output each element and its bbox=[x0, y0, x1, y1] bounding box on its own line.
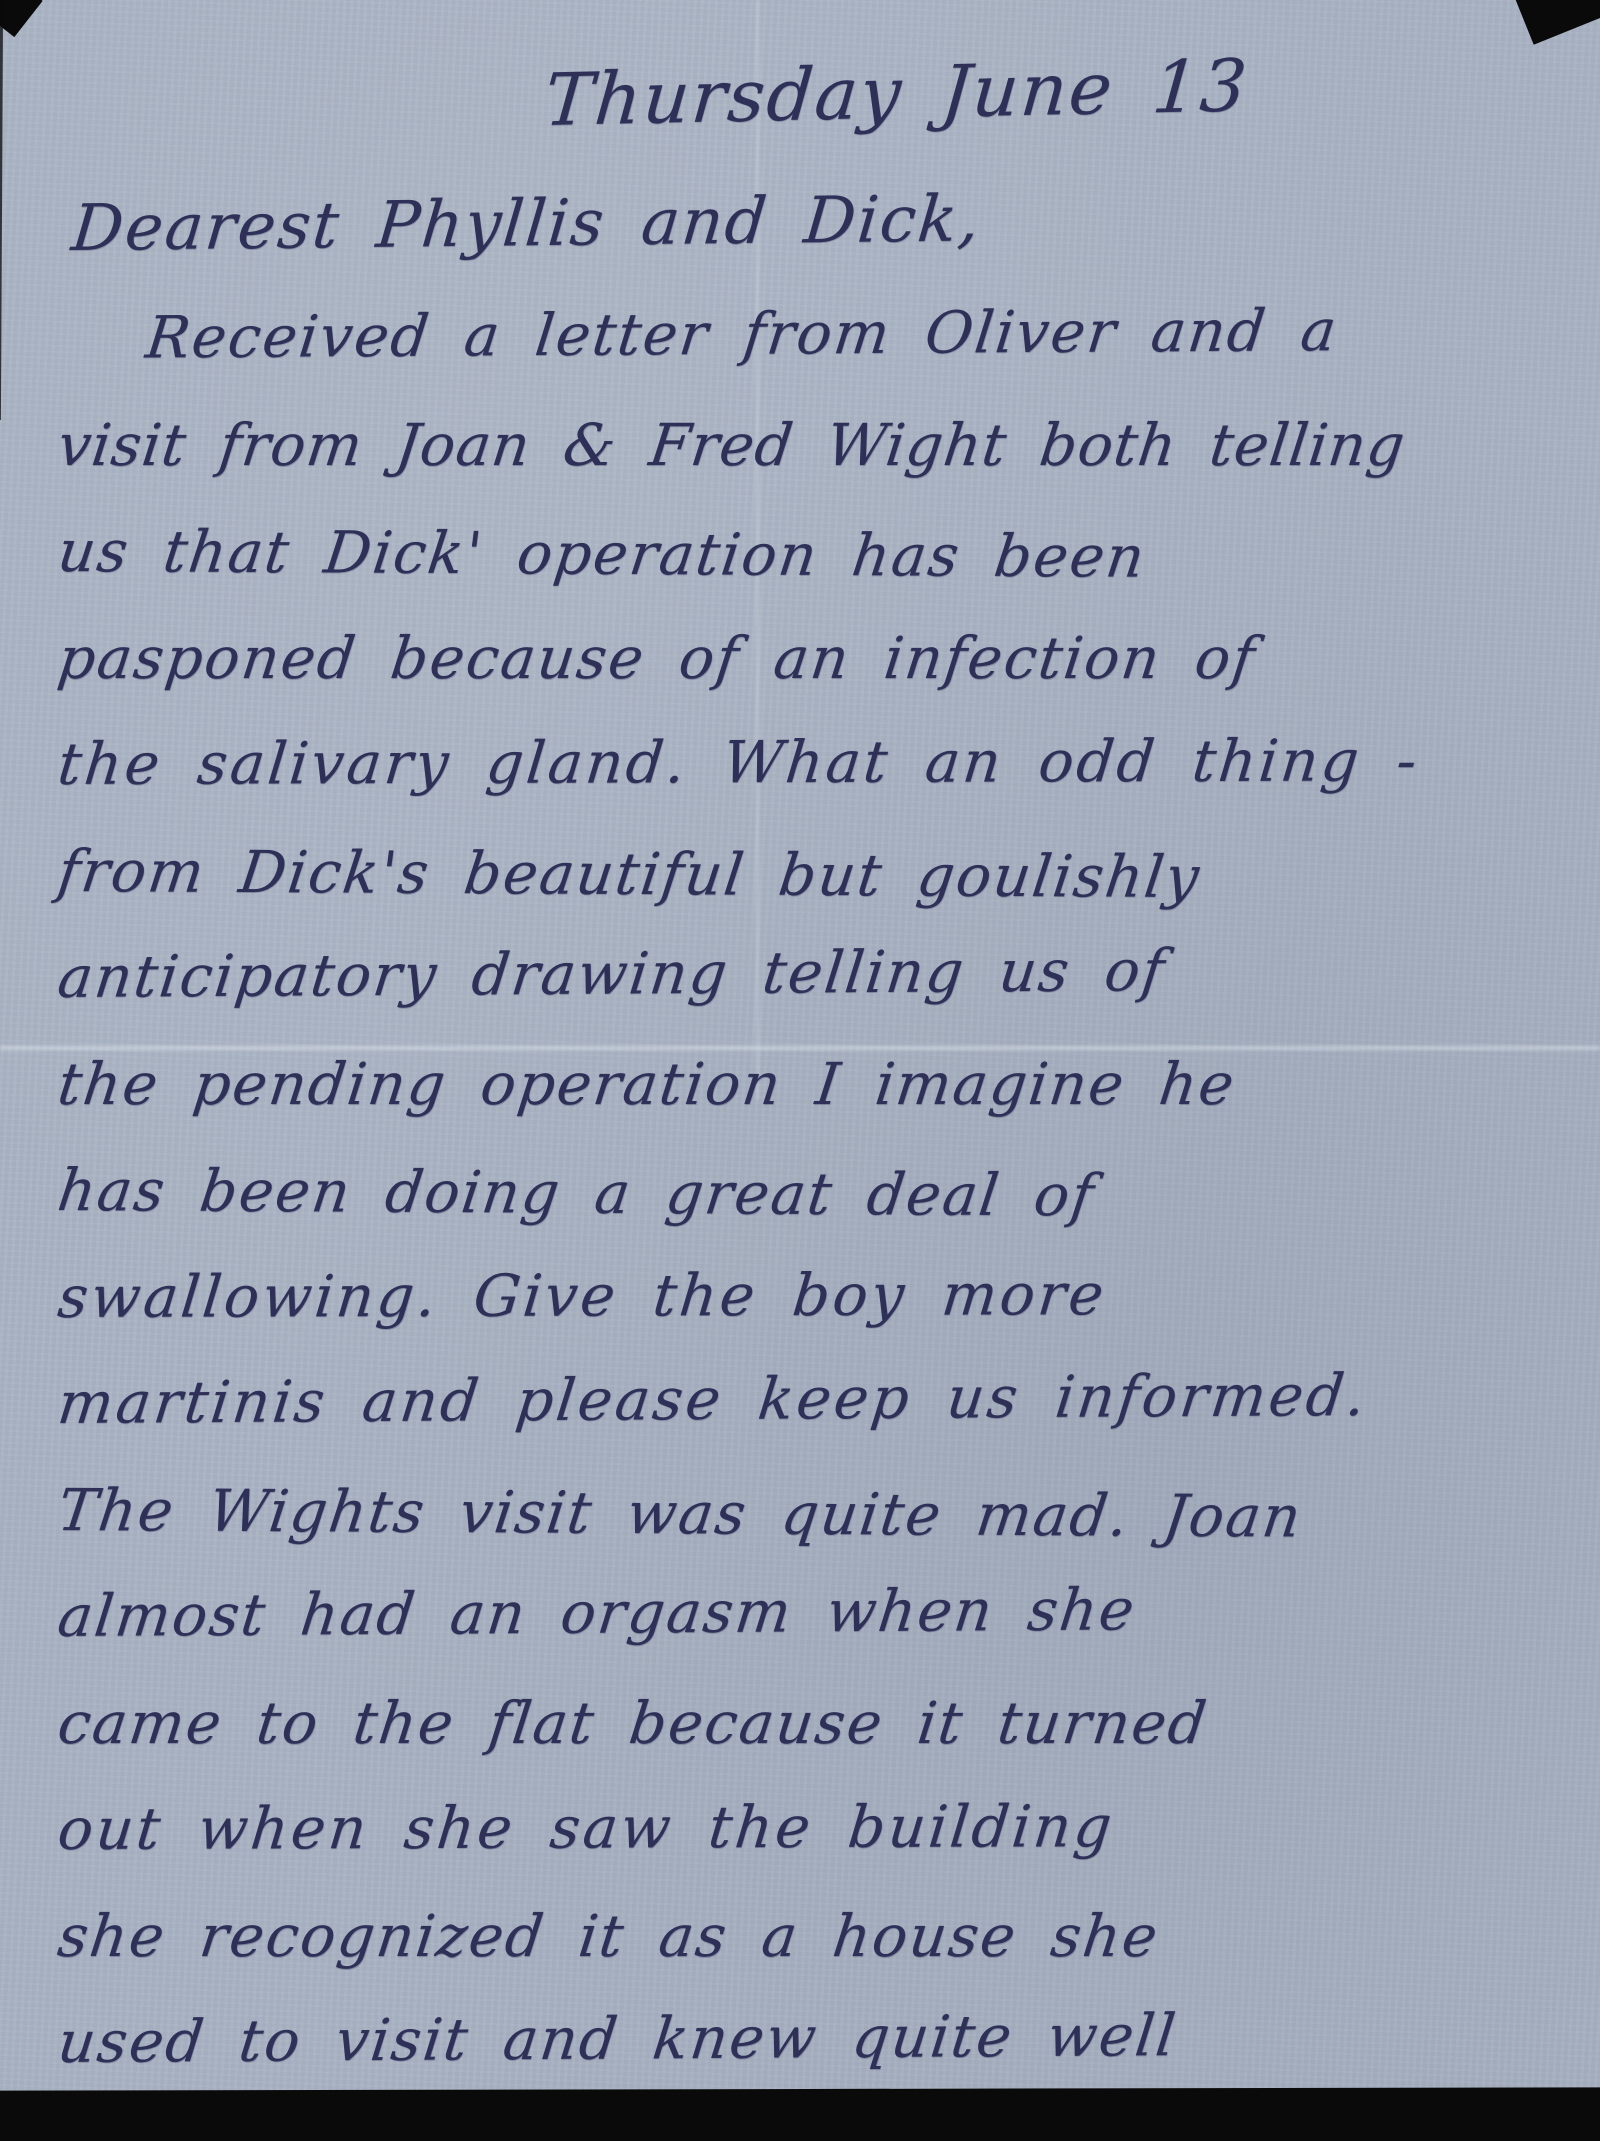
body-line: anticipatory drawing telling us of bbox=[52, 918, 1586, 1034]
salutation: Dearest Phyllis and Dick, bbox=[68, 182, 984, 266]
body-line: came to the flat because it turned bbox=[51, 1673, 1584, 1780]
body-line: she recognized it as a house she bbox=[51, 1886, 1584, 1993]
letter-scan: Thursday June 13 Dearest Phyllis and Dic… bbox=[0, 0, 1600, 2141]
letter-body: Received a letter from Oliver and a visi… bbox=[58, 288, 1578, 2099]
body-line: The Wights visit was quite mad. Joan bbox=[51, 1460, 1584, 1574]
scan-corner-top-left bbox=[0, 0, 43, 37]
body-line: pasponed because of an infection of bbox=[51, 608, 1584, 715]
scan-edge-bottom bbox=[0, 2095, 1600, 2141]
body-line: out when she saw the building bbox=[53, 1775, 1584, 1885]
body-line: martinis and please keep us informed. bbox=[52, 1344, 1586, 1460]
body-line: used to visit and knew quite well bbox=[52, 1983, 1586, 2099]
body-line: swallowing. Give the boy more bbox=[53, 1243, 1584, 1353]
scan-corner-top-right bbox=[1514, 0, 1600, 45]
body-line: visit from Joan & Fred Wight both tellin… bbox=[51, 395, 1584, 502]
body-line: us that Dick' operation has been bbox=[51, 501, 1584, 615]
body-line: almost had an orgasm when she bbox=[52, 1557, 1586, 1673]
body-line: has been doing a great deal of bbox=[51, 1140, 1584, 1254]
body-line: from Dick's beautiful but goulishly bbox=[51, 821, 1584, 935]
body-line: Received a letter from Oliver and a bbox=[52, 279, 1586, 395]
scan-edge-left bbox=[0, 0, 3, 420]
letter-paper: Thursday June 13 Dearest Phyllis and Dic… bbox=[0, 0, 1600, 2098]
body-line: the pending operation I imagine he bbox=[51, 1034, 1584, 1141]
date-line: Thursday June 13 bbox=[541, 43, 1251, 142]
body-line: the salivary gland. What an odd thing - bbox=[53, 710, 1584, 820]
